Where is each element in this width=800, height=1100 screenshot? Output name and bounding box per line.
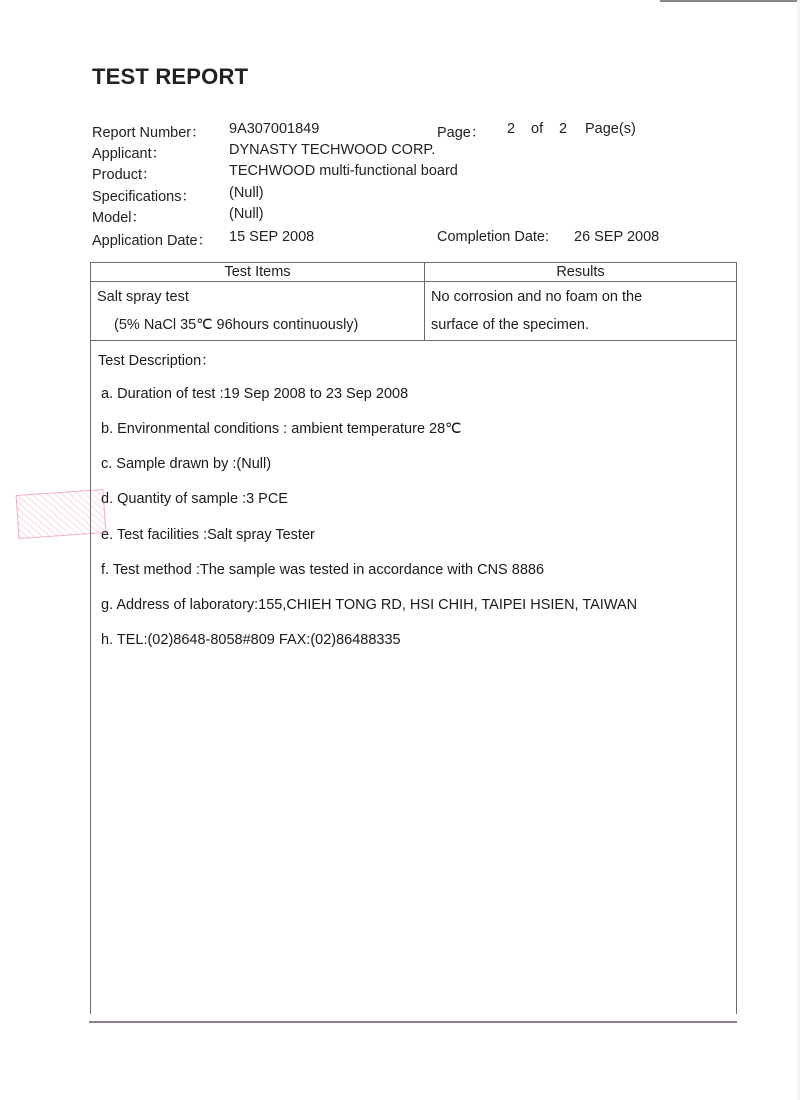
description-item: e. Test facilities :Salt spray Tester <box>101 527 315 543</box>
test-item-name: Salt spray test <box>97 289 418 305</box>
applicant: DYNASTY TECHWOOD CORP. <box>229 142 435 158</box>
table-row: Salt spray test (5% NaCl 35℃ 96hours con… <box>91 282 737 341</box>
table-header-row: Test Items Results <box>91 263 737 282</box>
description-item: f. Test method :The sample was tested in… <box>101 562 544 578</box>
specifications-label: Specifications： <box>92 185 196 206</box>
model-label: Model： <box>92 206 146 227</box>
applicant-label: Applicant： <box>92 142 166 163</box>
result-line-1: No corrosion and no foam on the <box>431 289 730 305</box>
application-date: 15 SEP 2008 <box>229 229 314 245</box>
test-description-section: Test Description： a. Duration of test :1… <box>90 341 737 1014</box>
report-number-label: Report Number： <box>92 121 206 142</box>
description-item: c. Sample drawn by :(Null) <box>101 456 271 472</box>
result-line-2: surface of the specimen. <box>431 317 730 333</box>
test-description-title: Test Description： <box>98 349 216 370</box>
application-date-label: Application Date： <box>92 229 212 250</box>
test-item-cell: Salt spray test (5% NaCl 35℃ 96hours con… <box>91 282 425 341</box>
product: TECHWOOD multi-functional board <box>229 163 458 179</box>
page-current: 2 <box>507 121 515 137</box>
completion-date: 26 SEP 2008 <box>574 229 659 245</box>
description-item: d. Quantity of sample :3 PCE <box>101 491 288 507</box>
model: (Null) <box>229 206 264 222</box>
page-suffix: Page(s) <box>585 121 636 137</box>
page-title: TEST REPORT <box>92 64 248 90</box>
description-item: g. Address of laboratory:155,CHIEH TONG … <box>101 597 637 613</box>
page-total: 2 <box>559 121 567 137</box>
page-of: of <box>531 121 543 137</box>
report-number: 9A307001849 <box>229 121 319 137</box>
page-label: Page： <box>437 121 485 142</box>
test-items-table: Test Items Results Salt spray test (5% N… <box>90 262 737 341</box>
description-item: b. Environmental conditions : ambient te… <box>101 421 461 437</box>
bottom-rule <box>89 1021 737 1023</box>
specifications: (Null) <box>229 185 264 201</box>
red-seal-stamp-icon <box>16 489 107 539</box>
description-item: h. TEL:(02)8648-8058#809 FAX:(02)8648833… <box>101 632 401 648</box>
result-cell: No corrosion and no foam on the surface … <box>425 282 737 341</box>
test-item-conditions: (5% NaCl 35℃ 96hours continuously) <box>97 317 418 333</box>
scan-edge <box>660 0 800 2</box>
column-header-results: Results <box>425 263 737 282</box>
completion-date-label: Completion Date: <box>437 229 549 245</box>
column-header-test-items: Test Items <box>91 263 425 282</box>
description-item: a. Duration of test :19 Sep 2008 to 23 S… <box>101 386 408 402</box>
product-label: Product： <box>92 163 156 184</box>
